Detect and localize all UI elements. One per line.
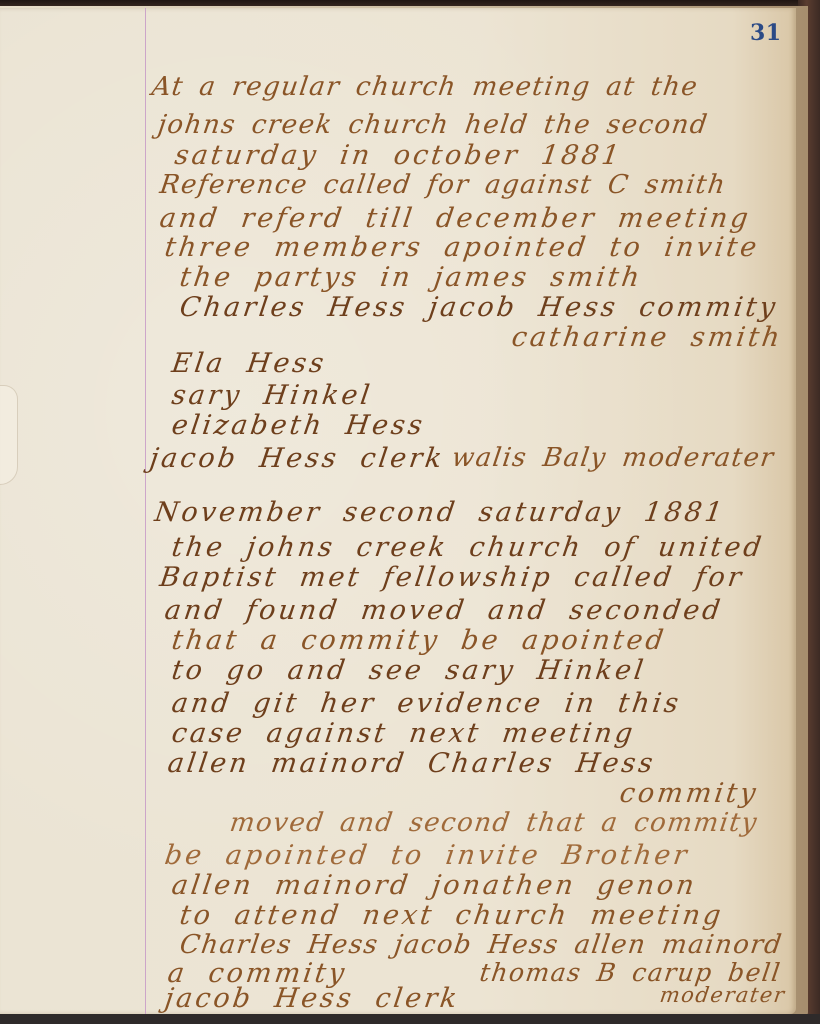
scanned-ledger-page: 31 At a regular church meeting at the jo… [0, 0, 820, 1024]
paper-tear [0, 385, 18, 485]
handwritten-line: At a regular church meeting at the [150, 72, 700, 102]
handwritten-line: allen mainord jonathen genon [170, 870, 699, 901]
handwritten-line: jacob Hess clerk [163, 983, 462, 1014]
handwritten-line: and referd till december meeting [158, 203, 753, 234]
handwritten-line: Ela Hess [170, 348, 329, 379]
handwritten-line: the johns creek church of united [170, 532, 766, 563]
handwritten-line: Charles Hess jacob Hess allen mainord [178, 930, 785, 960]
handwritten-line: walis Baly moderater [450, 443, 777, 473]
handwritten-line: Baptist met fellowship called for [158, 562, 746, 593]
handwritten-line: commity [618, 778, 761, 809]
handwritten-line: to go and see sary Hinkel [170, 655, 648, 686]
handwritten-line: saturday in october 1881 [173, 140, 624, 171]
handwritten-line: and found moved and seconded [163, 595, 725, 626]
handwritten-line: elizabeth Hess [170, 410, 427, 441]
handwritten-line: that a commity be apointed [170, 625, 668, 656]
handwritten-line: Charles Hess jacob Hess commity [178, 292, 780, 323]
handwritten-line: case against next meeting [170, 718, 638, 749]
handwritten-line: and git her evidence in this [170, 688, 683, 719]
handwritten-line: Reference called for against C smith [158, 170, 728, 200]
handwritten-line: moved and second that a commity [228, 808, 760, 838]
handwritten-line: jacob Hess clerk [148, 443, 447, 474]
handwritten-line: three members apointed to invite [163, 232, 762, 263]
handwritten-line: catharine smith [510, 322, 785, 353]
handwritten-line: the partys in james smith [178, 262, 644, 293]
handwritten-line: to attend next church meeting [178, 900, 726, 931]
handwritten-line: sary Hinkel [170, 380, 375, 411]
handwritten-line: johns creek church held the second [156, 110, 710, 140]
handwritten-line: moderater [658, 983, 787, 1007]
handwritten-line: November second saturday 1881 [153, 497, 727, 528]
page-number: 31 [750, 20, 782, 46]
handwritten-line: allen mainord Charles Hess [166, 748, 658, 779]
bottom-shadow [0, 1014, 820, 1024]
handwritten-line: be apointed to invite Brother [163, 840, 692, 871]
margin-rule [145, 8, 146, 1014]
